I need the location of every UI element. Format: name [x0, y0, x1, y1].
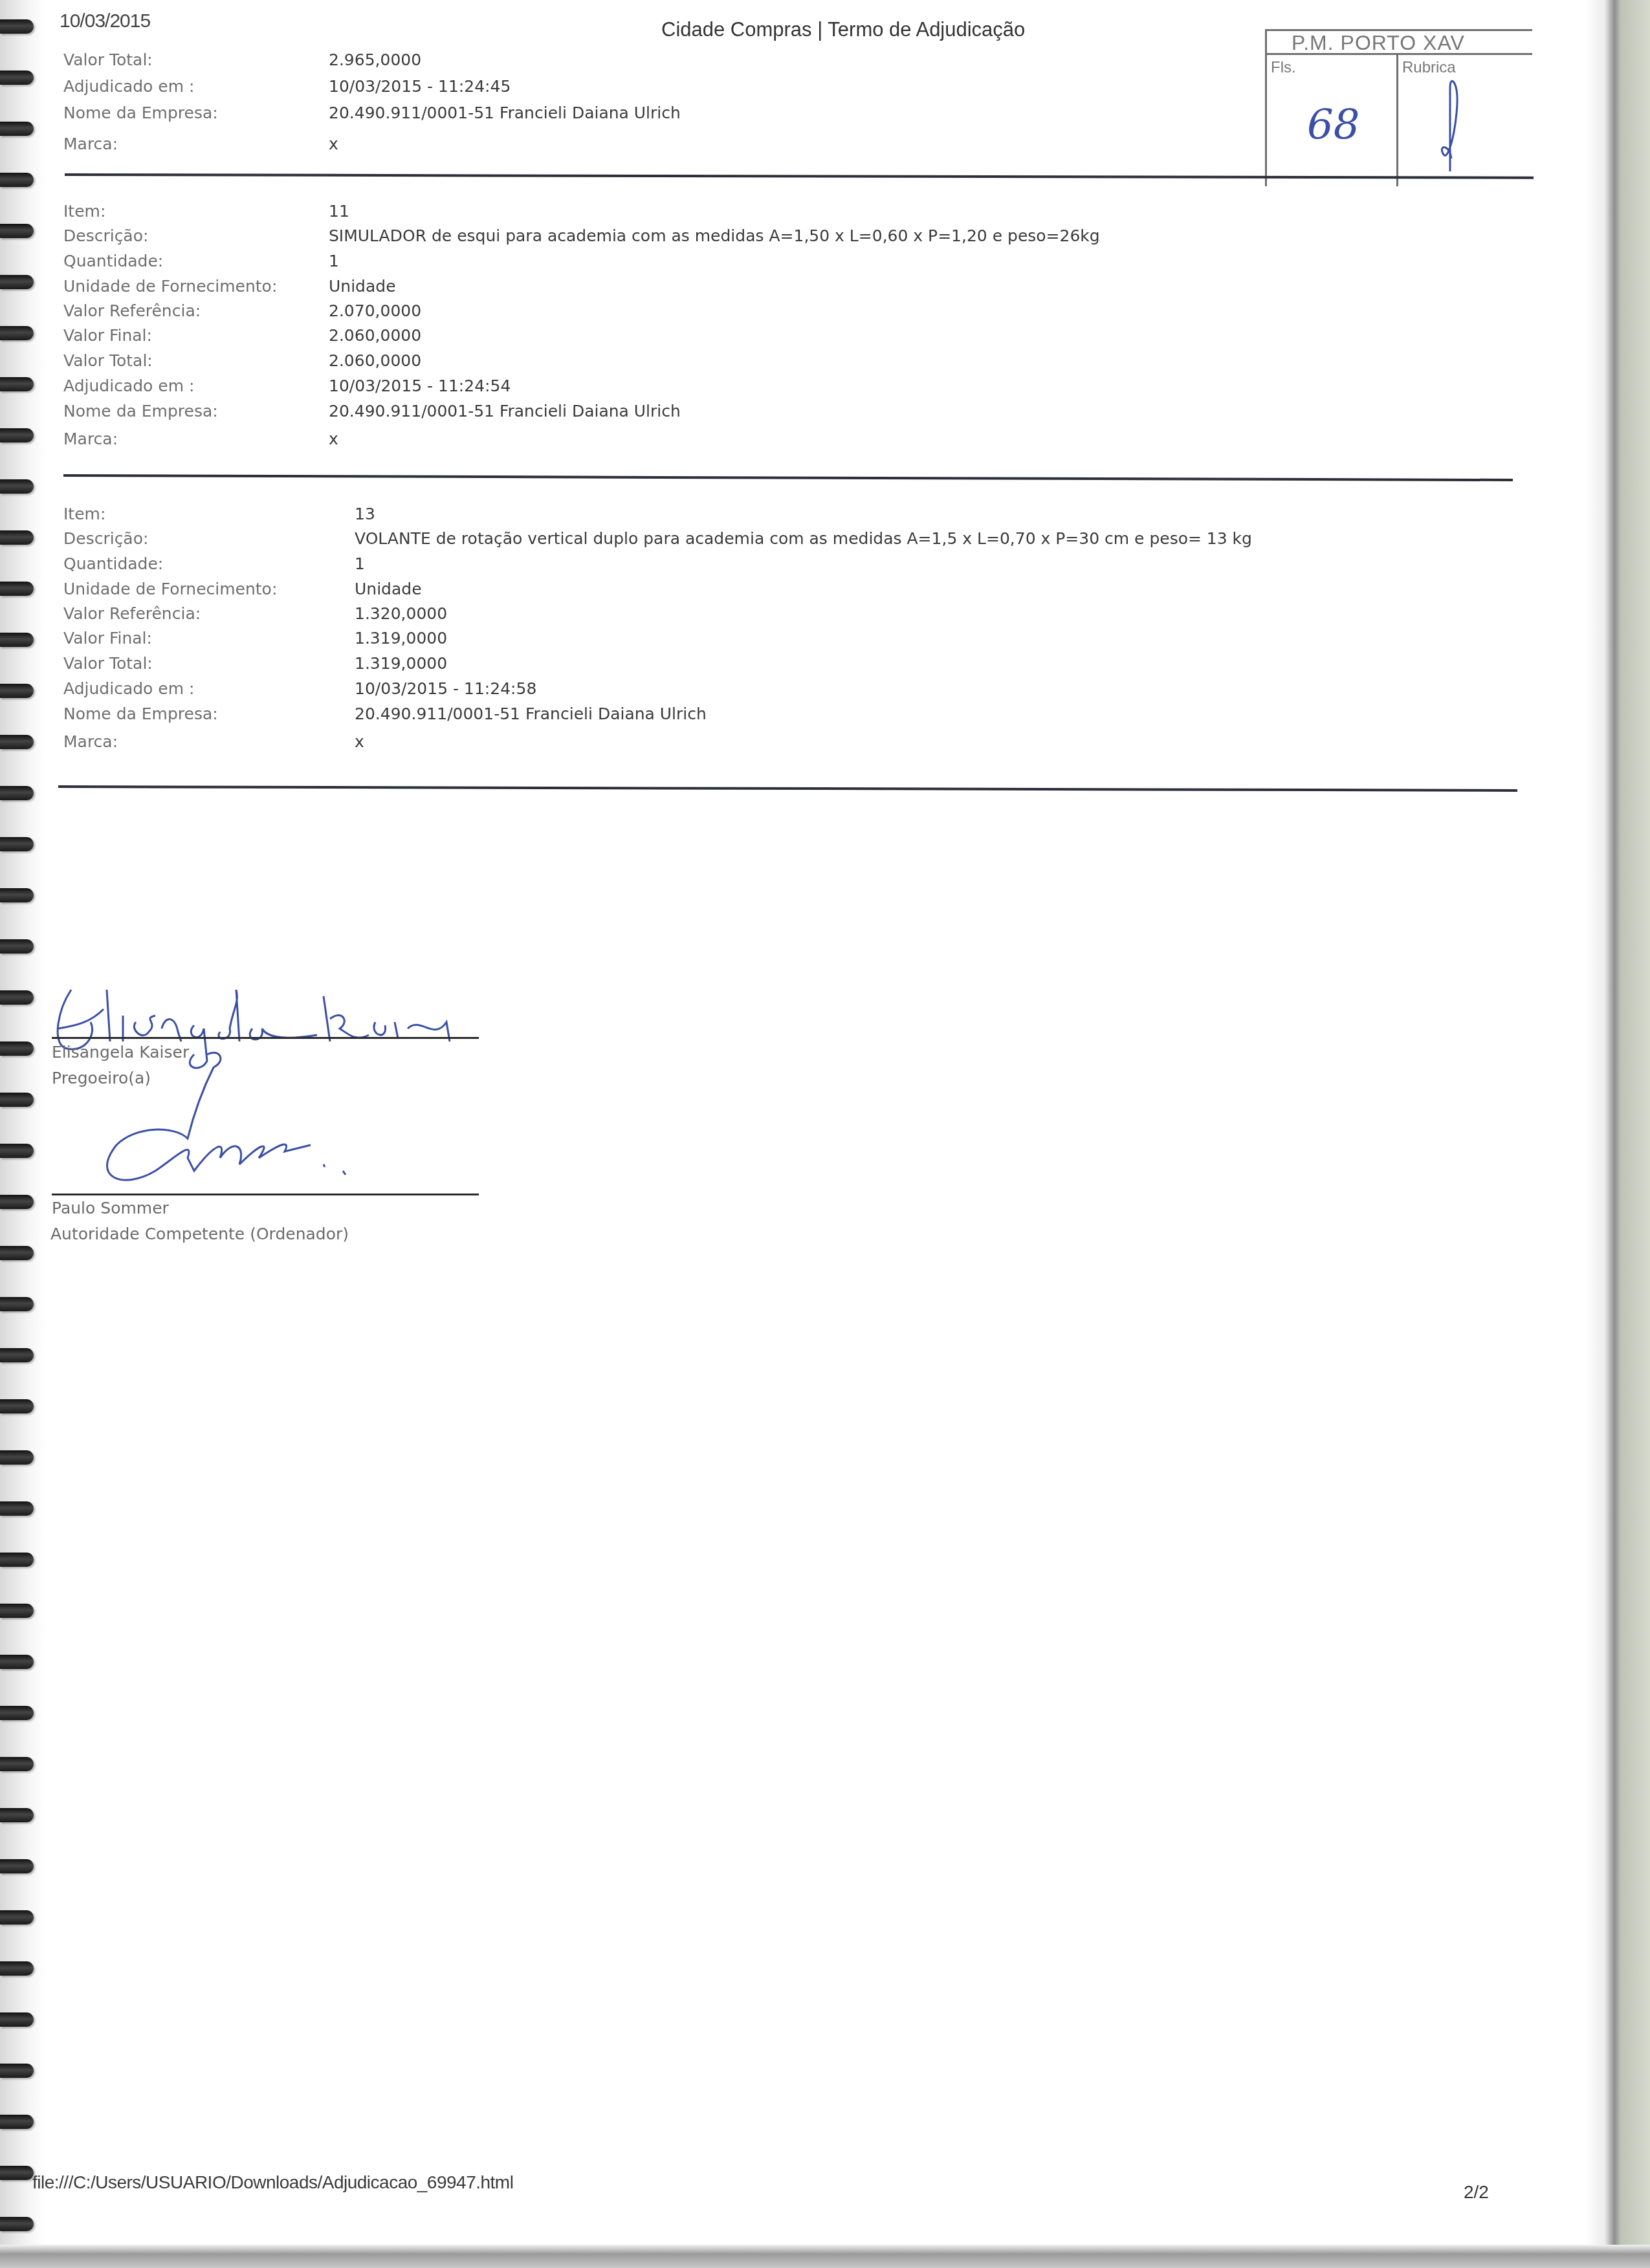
binding-ring — [0, 1910, 34, 1925]
binding-ring — [0, 1144, 34, 1158]
binding-ring — [0, 684, 34, 698]
binding-ring — [0, 19, 34, 34]
binding-ring — [0, 1553, 34, 1567]
rubrica-initial-icon — [1424, 74, 1476, 191]
binding-ring — [0, 990, 34, 1005]
binding-ring — [0, 1246, 34, 1260]
signature-line — [52, 1037, 479, 1039]
binding-ring — [0, 939, 34, 954]
binding-ring — [0, 1195, 34, 1209]
binding-ring — [0, 1450, 34, 1465]
binding-ring — [0, 224, 34, 238]
binding-ring — [0, 530, 34, 545]
signatory-role: Autoridade Competente (Ordenador) — [50, 1225, 349, 1243]
binding-ring — [0, 2166, 34, 2180]
binding-ring — [0, 1093, 34, 1107]
document-title: Cidade Compras | Termo de Adjudicação — [661, 18, 1025, 41]
binding-ring — [0, 1297, 34, 1311]
signatory-name: Paulo Sommer — [52, 1199, 169, 1217]
binding-ring — [0, 2064, 34, 2078]
binding-ring — [0, 888, 34, 902]
binding-ring — [0, 1961, 34, 1976]
binding-ring — [0, 1757, 34, 1771]
page-bottom-edge — [0, 2245, 1650, 2268]
binding-ring — [0, 1859, 34, 1873]
binding-ring — [0, 71, 34, 85]
divider — [63, 474, 1513, 481]
binding-ring — [0, 837, 34, 851]
binding-ring — [0, 1348, 34, 1362]
stamp-rubrica-cell: Rubrica — [1398, 55, 1532, 186]
signature-line — [52, 1194, 479, 1195]
spiral-binding — [0, 0, 45, 2268]
binding-ring — [0, 2012, 34, 2027]
binding-ring — [0, 1041, 34, 1056]
divider — [58, 785, 1517, 792]
binding-ring — [0, 428, 34, 442]
binding-ring — [0, 377, 34, 391]
binding-ring — [0, 633, 34, 647]
binding-ring — [0, 1501, 34, 1516]
file-path-footer: file:///C:/Users/USUARIO/Downloads/Adjud… — [32, 2172, 513, 2193]
binding-ring — [0, 1604, 34, 1618]
page-stamp: P.M. PORTO XAV Fls. 68 Rubrica — [1265, 29, 1532, 186]
binding-ring — [0, 2217, 34, 2231]
binding-ring — [0, 326, 34, 340]
binding-ring — [0, 479, 34, 494]
page-edge — [1585, 0, 1650, 2268]
binding-ring — [0, 786, 34, 800]
binding-ring — [0, 1706, 34, 1720]
signature-sommer-icon — [65, 1048, 440, 1197]
binding-ring — [0, 1399, 34, 1413]
binding-ring — [0, 275, 34, 289]
binding-ring — [0, 582, 34, 596]
binding-ring — [0, 1655, 34, 1669]
binding-ring — [0, 2115, 34, 2129]
binding-ring — [0, 1808, 34, 1822]
stamp-fls-label: Fls. — [1271, 59, 1396, 77]
binding-ring — [0, 173, 34, 187]
binding-ring — [0, 122, 34, 136]
stamp-fls-cell: Fls. 68 — [1267, 55, 1398, 186]
stamp-page-number: 68 — [1307, 102, 1359, 149]
binding-ring — [0, 735, 34, 749]
stamp-org: P.M. PORTO XAV — [1267, 31, 1532, 55]
page-counter: 2/2 — [1464, 2182, 1489, 2203]
print-date: 10/03/2015 — [60, 10, 150, 32]
